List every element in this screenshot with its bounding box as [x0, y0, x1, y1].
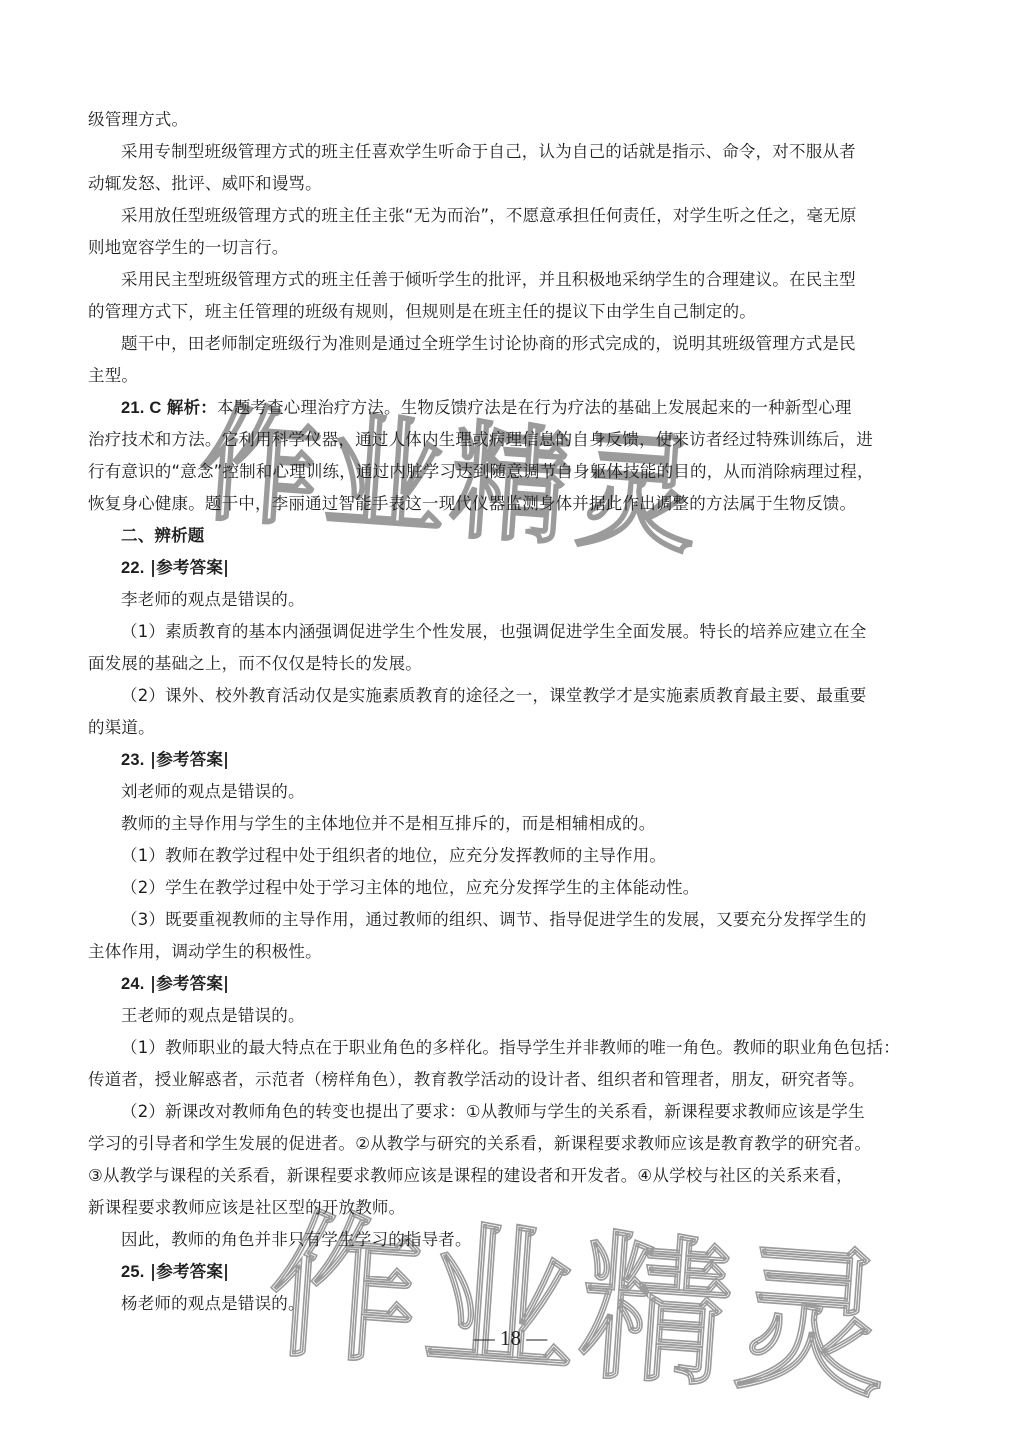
paragraph-line: 主体作用，调动学生的积极性。	[88, 936, 940, 968]
paragraph-line: 治疗技术和方法。它利用科学仪器，通过人体内生理或病理信息的自身反馈，使来访者经过…	[88, 424, 940, 456]
page-number: — 18 —	[0, 1326, 1021, 1351]
question-number: 21. C	[121, 399, 161, 417]
question-number: 25.	[121, 1263, 145, 1281]
paragraph-line: 王老师的观点是错误的。	[88, 1000, 940, 1032]
paragraph-line: 题干中，田老师制定班级行为准则是通过全班学生讨论协商的形式完成的，说明其班级管理…	[88, 328, 940, 360]
question-heading: 23. |参考答案|	[88, 744, 940, 776]
analysis-text: 本题考查心理治疗方法。生物反馈疗法是在行为疗法的基础上发展起来的一种新型心理	[217, 398, 852, 417]
paragraph-line: ③从教学与课程的关系看，新课程要求教师应该是课程的建设者和开发者。④从学校与社区…	[88, 1160, 940, 1192]
answer-label: |参考答案|	[150, 974, 229, 993]
answer-label: |参考答案|	[150, 558, 229, 577]
paragraph-line: （2）新课改对教师角色的转变也提出了要求：①从教师与学生的关系看，新课程要求教师…	[88, 1096, 940, 1128]
paragraph-line: 教师的主导作用与学生的主体地位并不是相互排斥的，而是相辅相成的。	[88, 808, 940, 840]
question-heading: 25. |参考答案|	[88, 1256, 940, 1288]
question-number: 24.	[121, 975, 145, 993]
paragraph-line: 传道者，授业解惑者，示范者（榜样角色），教育教学活动的设计者、组织者和管理者，朋…	[88, 1064, 940, 1096]
paragraph-line: 的管理方式下，班主任管理的班级有规则，但规则是在班主任的提议下由学生自己制定的。	[88, 296, 940, 328]
paragraph-line: 采用专制型班级管理方式的班主任喜欢学生听命于自己，认为自己的话就是指示、命令，对…	[88, 136, 940, 168]
analysis-label: 解析：	[167, 398, 217, 417]
paragraph-line: 刘老师的观点是错误的。	[88, 776, 940, 808]
answer-label: |参考答案|	[150, 750, 229, 769]
paragraph-line: 行有意识的“意念”控制和心理训练，通过内脏学习达到随意调节自身躯体技能的目的，从…	[88, 456, 940, 488]
paragraph-line: 动辄发怒、批评、威吓和谩骂。	[88, 168, 940, 200]
paragraph-line: （2）学生在教学过程中处于学习主体的地位，应充分发挥学生的主体能动性。	[88, 872, 940, 904]
paragraph-line: 新课程要求教师应该是社区型的开放教师。	[88, 1192, 940, 1224]
question-number: 22.	[121, 559, 145, 577]
paragraph-line: 的渠道。	[88, 712, 940, 744]
question-21-line: 21. C 解析：本题考查心理治疗方法。生物反馈疗法是在行为疗法的基础上发展起来…	[88, 392, 940, 424]
paragraph-line: （1）素质教育的基本内涵强调促进学生个性发展，也强调促进学生全面发展。特长的培养…	[88, 616, 940, 648]
paragraph-line: 因此，教师的角色并非只有学生学习的指导者。	[88, 1224, 940, 1256]
paragraph-line: 学习的引导者和学生发展的促进者。②从教学与研究的关系看，新课程要求教师应该是教育…	[88, 1128, 940, 1160]
paragraph-line: （3）既要重视教师的主导作用，通过教师的组织、调节、指导促进学生的发展，又要充分…	[88, 904, 940, 936]
paragraph-line: 恢复身心健康。题干中，李丽通过智能手表这一现代仪器监测身体并据此作出调整的方法属…	[88, 488, 940, 520]
paragraph-line: 则地宽容学生的一切言行。	[88, 232, 940, 264]
section-heading: 二、辨析题	[88, 520, 940, 552]
paragraph-line: 李老师的观点是错误的。	[88, 584, 940, 616]
paragraph-line: 采用放任型班级管理方式的班主任主张“无为而治”，不愿意承担任何责任，对学生听之任…	[88, 200, 940, 232]
paragraph-line: （1）教师在教学过程中处于组织者的地位，应充分发挥教师的主导作用。	[88, 840, 940, 872]
paragraph-line: （2）课外、校外教育活动仅是实施素质教育的途径之一，课堂教学才是实施素质教育最主…	[88, 680, 940, 712]
question-number: 23.	[121, 751, 145, 769]
question-heading: 22. |参考答案|	[88, 552, 940, 584]
paragraph-line: 面发展的基础之上，而不仅仅是特长的发展。	[88, 648, 940, 680]
answer-label: |参考答案|	[150, 1262, 229, 1281]
paragraph-line: （1）教师职业的最大特点在于职业角色的多样化。指导学生并非教师的唯一角色。教师的…	[88, 1032, 940, 1064]
paragraph-line: 级管理方式。	[88, 104, 940, 136]
paragraph-line: 主型。	[88, 360, 940, 392]
paragraph-line: 杨老师的观点是错误的。	[88, 1288, 940, 1320]
paragraph-line: 采用民主型班级管理方式的班主任善于倾听学生的批评，并且积极地采纳学生的合理建议。…	[88, 264, 940, 296]
document-page: 级管理方式。 采用专制型班级管理方式的班主任喜欢学生听命于自己，认为自己的话就是…	[88, 104, 940, 1320]
question-heading: 24. |参考答案|	[88, 968, 940, 1000]
